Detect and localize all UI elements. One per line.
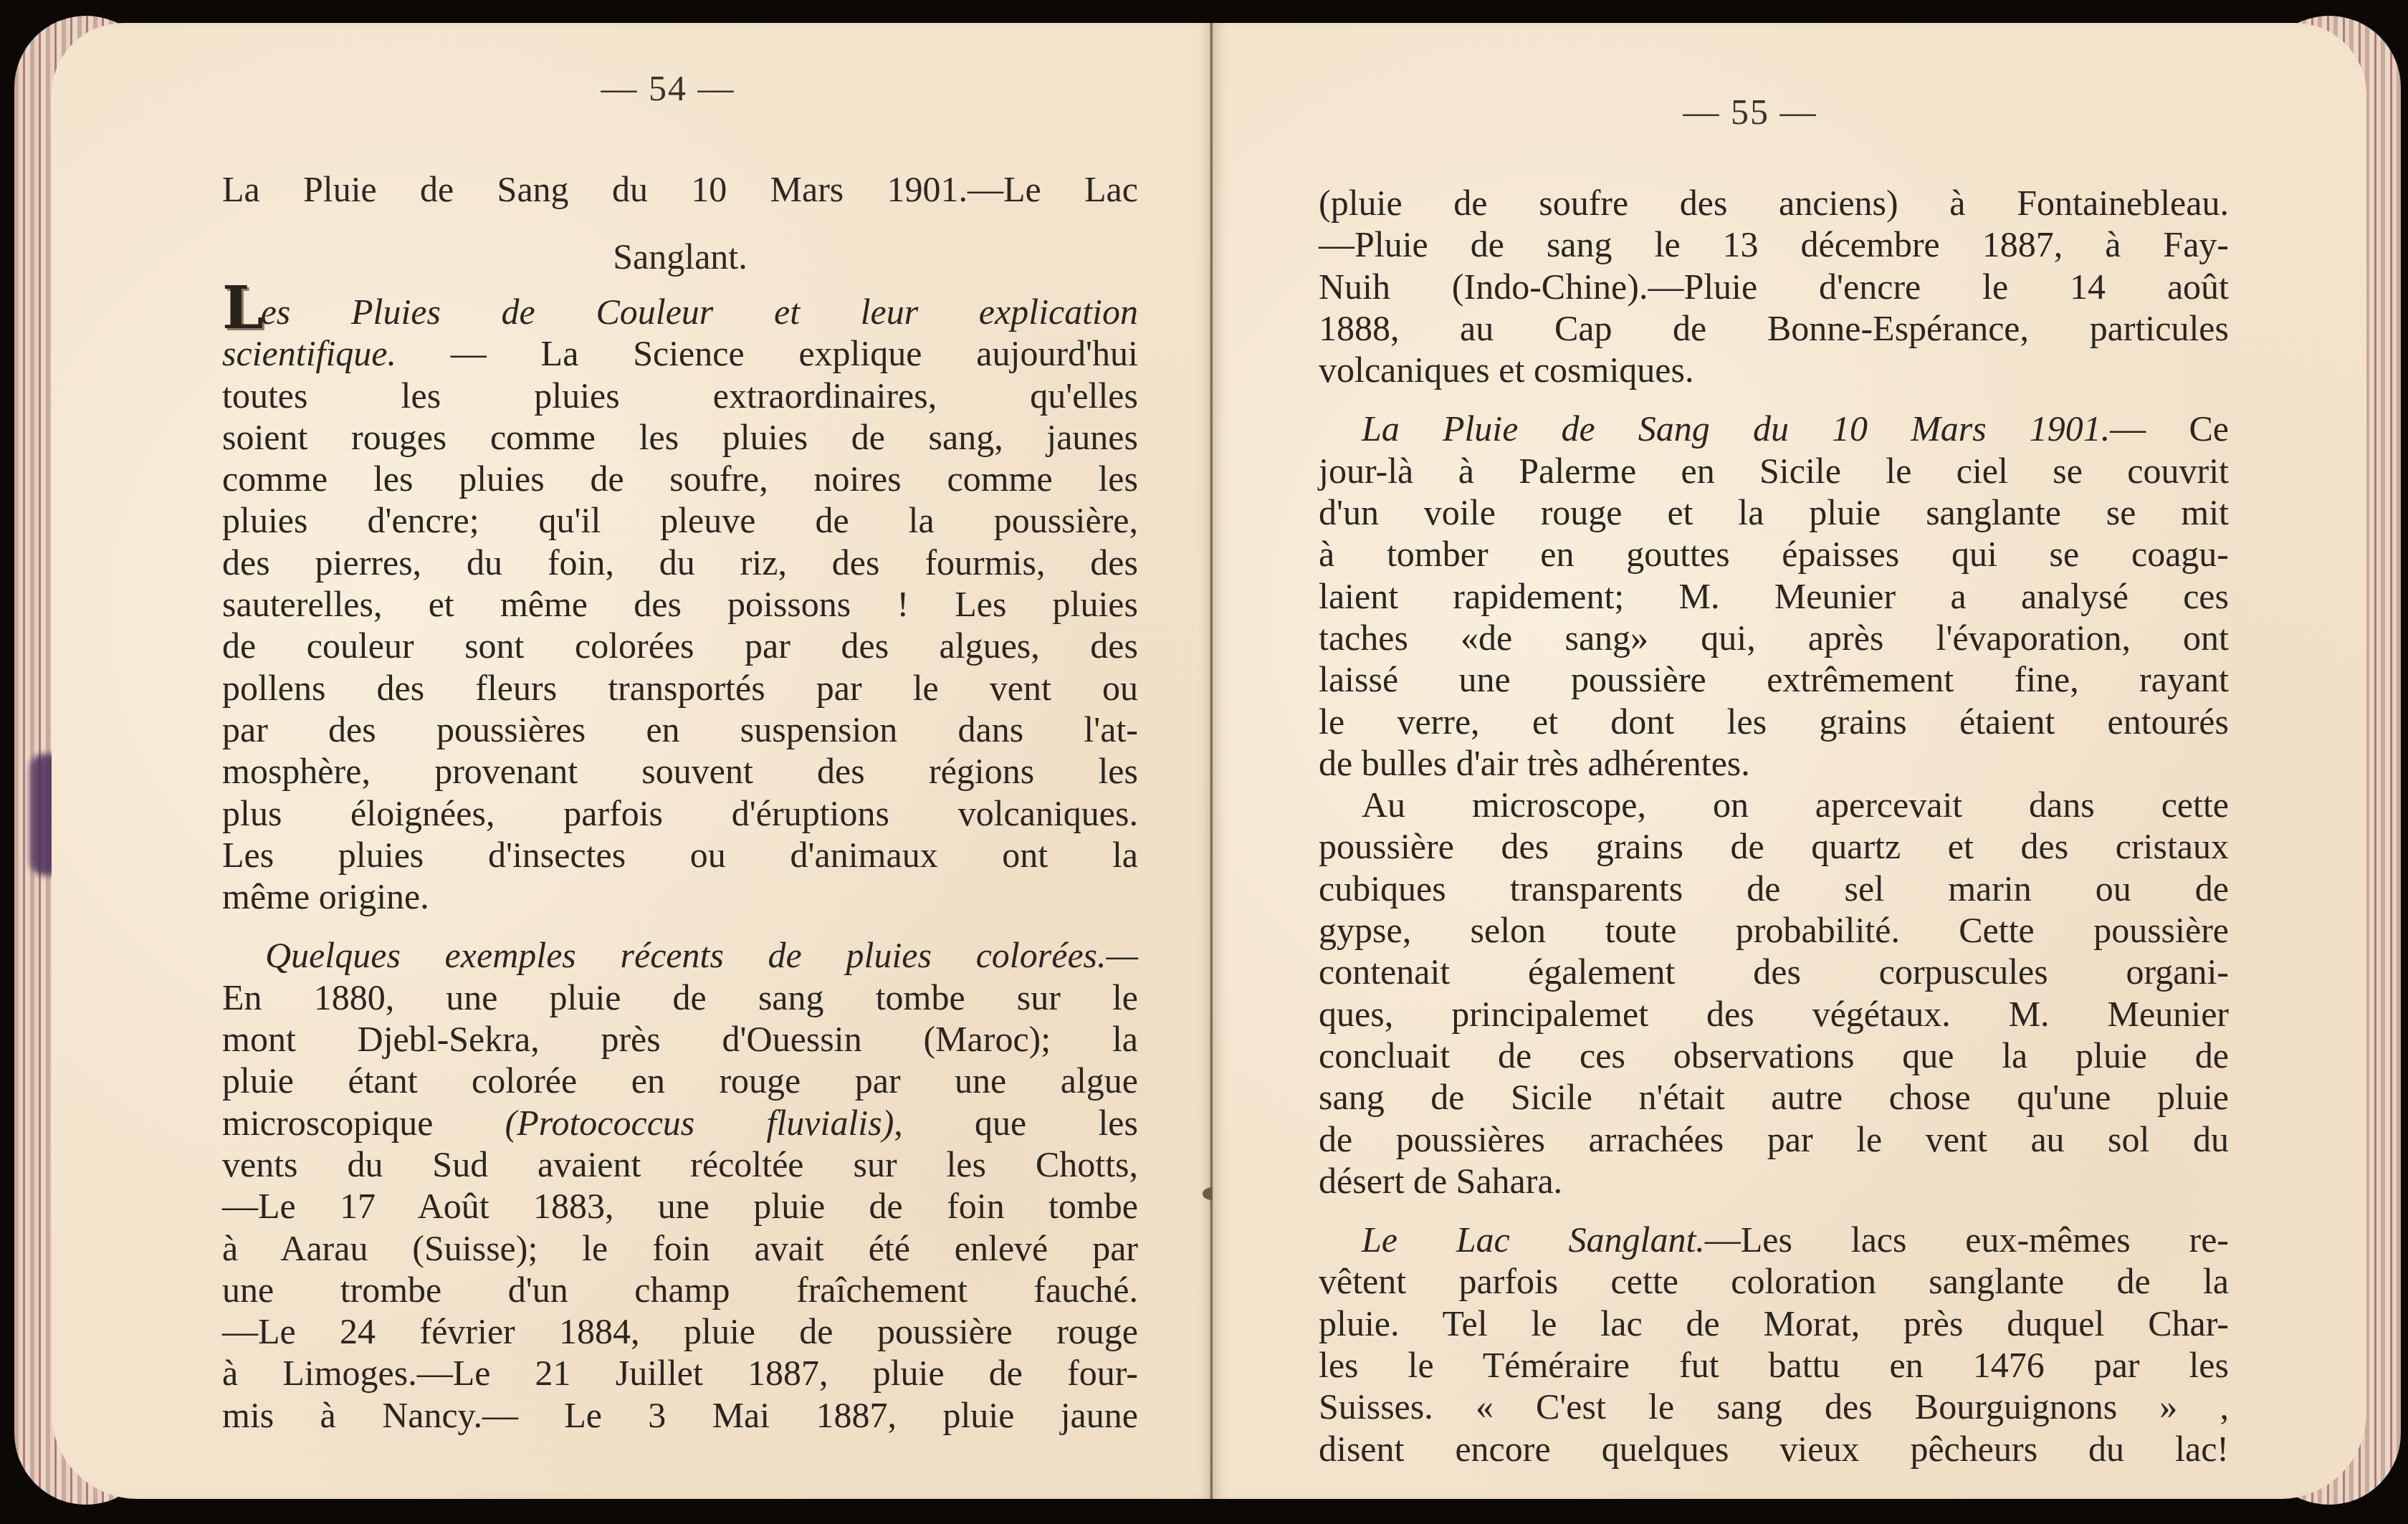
text-span: microscopique [222, 1103, 505, 1143]
text-line: contenait également des corpuscules orga… [1319, 951, 2229, 992]
text-line: Le Lac Sanglant.—Les lacs eux-mêmes re- [1319, 1219, 2229, 1260]
text-line: microscopique (Protococcus fluvialis), q… [222, 1102, 1138, 1144]
section-heading-bloody-lake: Le Lac Sanglant. [1362, 1219, 1705, 1260]
chapter-title-line2: Sanglant. [222, 223, 1138, 290]
text-line: une trombe d'un champ fraîchement fauché… [222, 1269, 1138, 1310]
text-line: par des poussières en suspension dans l'… [222, 709, 1138, 750]
paragraph-continued-examples: (pluie de soufre des anciens) à Fontaine… [1319, 182, 2229, 390]
paragraph-colored-rains: Les Pluies de Couleur et leur explicatio… [222, 290, 1138, 917]
text-line: Nuih (Indo-Chine).—Pluie d'encre le 14 a… [1319, 266, 2229, 307]
text-line: mont Djebl-Sekra, près d'Ouessin (Maroc)… [222, 1018, 1138, 1060]
text-line: En 1880, une pluie de sang tombe sur le [222, 977, 1138, 1018]
text-line: cubiques transparents de sel marin ou de [1319, 868, 2229, 909]
open-book: — 54 — La Pluie de Sang du 10 Mars 1901.… [14, 9, 2401, 1512]
text-line: laient rapidement; M. Meunier a analysé … [1319, 575, 2229, 617]
section-heading-blood-rain: La Pluie de Sang du 10 Mars 1901. [1362, 408, 2110, 449]
text-line: jour-là à Palerme en Sicile le ciel se c… [1319, 450, 2229, 492]
chapter-title-line1: La Pluie de Sang du 10 Mars 1901.—Le Lac [222, 155, 1138, 223]
right-page: — 55 — (pluie de soufre des anciens) à F… [1213, 23, 2366, 1499]
text-line: d'un voile rouge et la pluie sanglante s… [1319, 492, 2229, 533]
text-line: pluies d'encre; qu'il pleuve de la pouss… [222, 499, 1138, 541]
text-line: toutes les pluies extraordinaires, qu'el… [222, 375, 1138, 416]
paragraph-blood-rain-1901: La Pluie de Sang du 10 Mars 1901.— Ce jo… [1319, 408, 2229, 784]
text-line: même origine. [222, 876, 1138, 917]
text-line: ques, principalemet des végétaux. M. Meu… [1319, 993, 2229, 1035]
text-line: pluie étant colorée en rouge par une alg… [222, 1060, 1138, 1101]
text-line: Au microscope, on apercevait dans cette [1319, 784, 2229, 825]
text-line: volcaniques et cosmiques. [1319, 349, 2229, 390]
text-line: vêtent parfois cette coloration sanglant… [1319, 1260, 2229, 1302]
section-heading-recent-examples: Quelques exemples récents de pluies colo… [222, 934, 1138, 976]
text-line: à Aarau (Suisse); le foin avait été enle… [222, 1227, 1138, 1269]
section-heading-cont: scientifique. [222, 333, 396, 373]
text-line: soient rouges comme les pluies de sang, … [222, 416, 1138, 458]
text-line: Les pluies d'insectes ou d'animaux ont l… [222, 834, 1138, 876]
text-line: de couleur sont colorées par des algues,… [222, 625, 1138, 666]
text-span: — Ce [2110, 408, 2229, 449]
text-line: à tomber en gouttes épaisses qui se coag… [1319, 533, 2229, 575]
text-line: Suisses. « C'est le sang des Bourguignon… [1319, 1386, 2229, 1427]
right-text-column: (pluie de soufre des anciens) à Fontaine… [1319, 182, 2229, 1470]
section-heading-colored-rains: es Pluies de Couleur et leur explication [261, 292, 1138, 332]
text-line: pluie. Tel le lac de Morat, près duquel … [1319, 1303, 2229, 1344]
page-number-right: — 55 — [1678, 91, 1822, 133]
text-line: —Pluie de sang le 13 décembre 1887, à Fa… [1319, 224, 2229, 265]
text-line: sang de Sicile n'était autre chose qu'un… [1319, 1076, 2229, 1118]
text-line: vents du Sud avaient récoltée sur les Ch… [222, 1144, 1138, 1185]
text-line: laissé une poussière extrêmement fine, r… [1319, 658, 2229, 700]
text-line: 1888, au Cap de Bonne-Espérance, particu… [1319, 307, 2229, 349]
text-line: taches «de sang» qui, après l'évaporatio… [1319, 617, 2229, 658]
paragraph-recent-examples: Quelques exemples récents de pluies colo… [222, 934, 1138, 1436]
page-number-left: — 54 — [596, 67, 740, 109]
heading-line: Les Pluies de Couleur et leur explicatio… [222, 290, 1138, 332]
text-line: disent encore quelques vieux pêcheurs du… [1319, 1428, 2229, 1470]
text-line: gypse, selon toute probabilité. Cette po… [1319, 909, 2229, 951]
text-line: comme les pluies de soufre, noires comme… [222, 458, 1138, 499]
paragraph-bloody-lake: Le Lac Sanglant.—Les lacs eux-mêmes re- … [1319, 1219, 2229, 1470]
paragraph-gap [1319, 390, 2229, 408]
text-line: (pluie de soufre des anciens) à Fontaine… [1319, 182, 2229, 224]
text-span: — La Science explique aujourd'hui [451, 333, 1138, 373]
paragraph-microscope: Au microscope, on apercevait dans cette … [1319, 784, 2229, 1202]
text-line: sauterelles, et même des poissons ! Les … [222, 583, 1138, 625]
text-line: La Pluie de Sang du 10 Mars 1901.— Ce [1319, 408, 2229, 449]
left-text-column: La Pluie de Sang du 10 Mars 1901.—Le Lac… [222, 155, 1138, 1436]
text-line: mosphère, provenant souvent des régions … [222, 750, 1138, 792]
text-line: le verre, et dont les grains étaient ent… [1319, 701, 2229, 742]
text-line: à Limoges.—Le 21 Juillet 1887, pluie de … [222, 1352, 1138, 1394]
text-span: —Les lacs eux-mêmes re- [1705, 1219, 2229, 1260]
text-span: , que les [894, 1103, 1138, 1143]
text-line: mis à Nancy.— Le 3 Mai 1887, pluie jaune [222, 1394, 1138, 1436]
text-line: des pierres, du foin, du riz, des fourmi… [222, 542, 1138, 583]
text-line: concluait de ces observations que la plu… [1319, 1035, 2229, 1076]
paragraph-gap [222, 917, 1138, 934]
text-line: de bulles d'air très adhérentes. [1319, 742, 2229, 784]
paragraph-gap [1319, 1202, 2229, 1219]
chapter-title: La Pluie de Sang du 10 Mars 1901.—Le Lac… [222, 155, 1138, 290]
text-line: de poussières arrachées par le vent au s… [1319, 1118, 2229, 1160]
species-name: (Protococcus fluvialis) [505, 1103, 894, 1143]
text-line: désert de Sahara. [1319, 1160, 2229, 1202]
text-line: —Le 17 Août 1883, une pluie de foin tomb… [222, 1185, 1138, 1227]
left-page: — 54 — La Pluie de Sang du 10 Mars 1901.… [52, 23, 1213, 1499]
text-line: —Le 24 février 1884, pluie de poussière … [222, 1310, 1138, 1352]
text-line: plus éloignées, parfois d'éruptions volc… [222, 792, 1138, 834]
text-line: les le Téméraire fut battu en 1476 par l… [1319, 1344, 2229, 1386]
text-line: scientifique. — La Science explique aujo… [222, 332, 1138, 374]
text-line: pollens des fleurs transportés par le ve… [222, 667, 1138, 709]
text-line: poussière des grains de quartz et des cr… [1319, 825, 2229, 867]
